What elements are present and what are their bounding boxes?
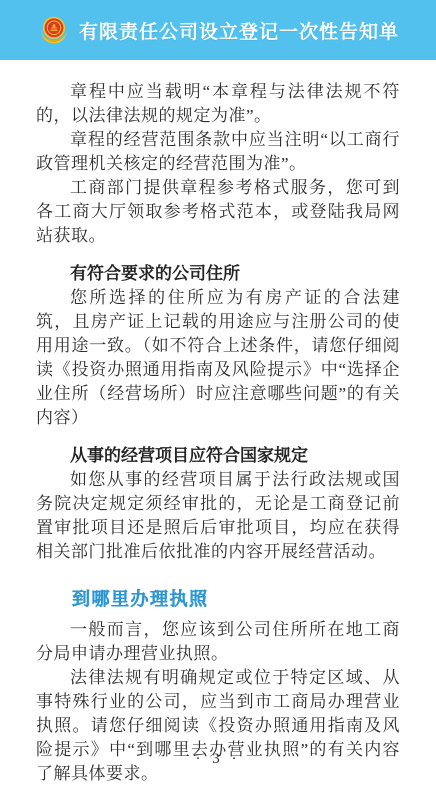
page-number: · 3 · [0, 751, 436, 768]
section-heading-where-to-apply: 到哪里办理执照 [36, 586, 400, 612]
saic-emblem-icon [38, 14, 70, 46]
page-title: 有限责任公司设立登记一次性告知单 [79, 17, 399, 44]
header-bar: 有限责任公司设立登记一次性告知单 [0, 0, 436, 60]
document-body: 章程中应当载明“本章程与法律法规不符的，以法律法规的规定为准”。 章程的经营范围… [0, 60, 436, 800]
notice-page: { "header": { "title": "有限责任公司设立登记一次性告知单… [0, 0, 436, 800]
paragraph-approval-requirements: 如您从事的经营项目属于法行政法规或国务院决定规定须经审批的，无论是工商登记前置审… [36, 468, 400, 564]
paragraph-charter-template: 工商部门提供章程参考格式服务，您可到各工商大厅领取参考格式范本，或登陆我局网站获… [36, 176, 400, 248]
paragraph-domicile-requirements: 您所选择的住所应为有房产证的合法建筑，且房产证上记载的用途应与注册公司的使用用途… [36, 286, 400, 430]
heading-business-items: 从事的经营项目应符合国家规定 [36, 444, 400, 468]
heading-company-domicile: 有符合要求的公司住所 [36, 262, 400, 286]
paragraph-local-branch: 一般而言，您应该到公司住所所在地工商分局申请办理营业执照。 [36, 618, 400, 666]
paragraph-charter-clause: 章程中应当载明“本章程与法律法规不符的，以法律法规的规定为准”。 [36, 80, 400, 128]
paragraph-business-scope-clause: 章程的经营范围条款中应当注明“以工商行政管理机关核定的经营范围为准”。 [36, 128, 400, 176]
paragraph-city-bureau: 法律法规有明确规定或位于特定区域、从事特殊行业的公司，应当到市工商局办理营业执照… [36, 666, 400, 786]
